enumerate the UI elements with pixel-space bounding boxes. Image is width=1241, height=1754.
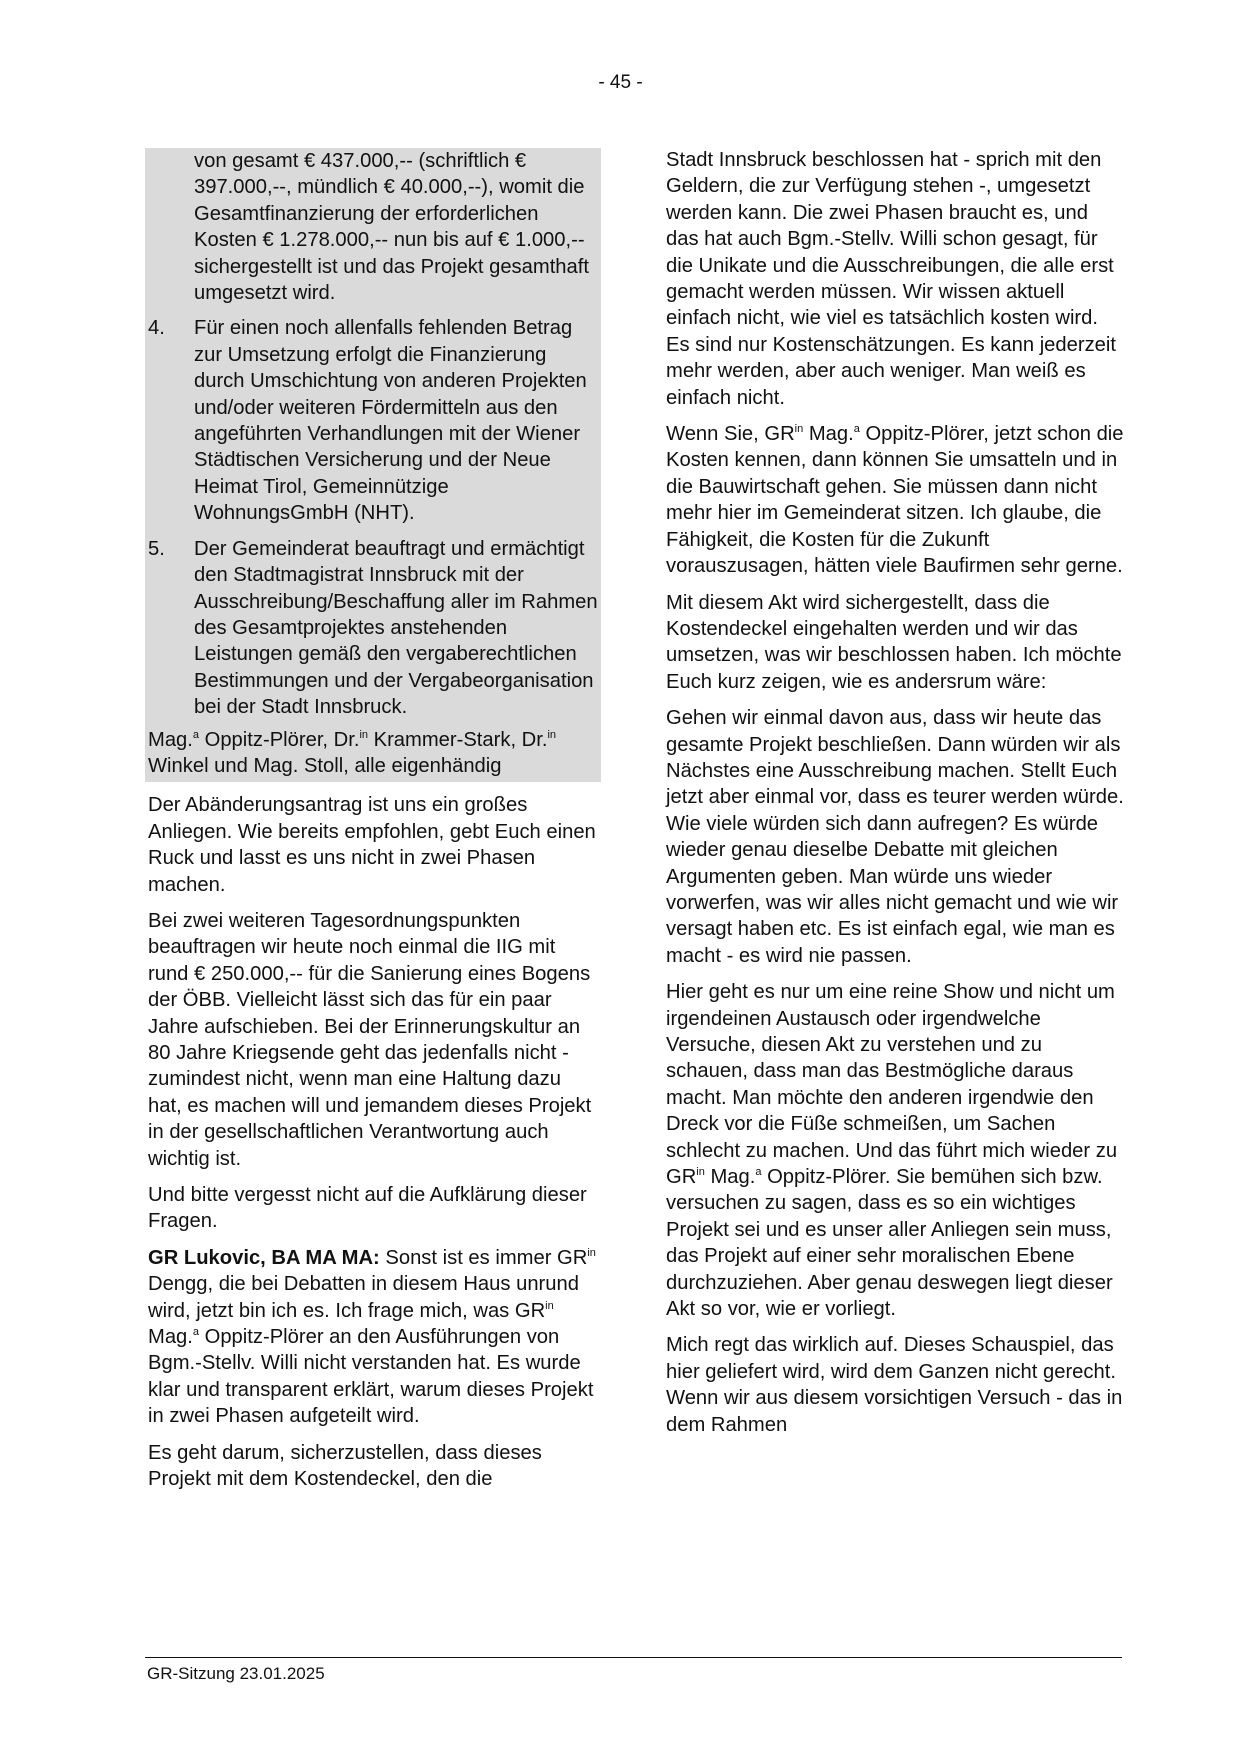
motion-item-4: 4. Für einen noch allenfalls fehlenden B… bbox=[148, 315, 598, 526]
speech-text: Dengg, die bei Debatten in diesem Haus u… bbox=[148, 1273, 579, 1321]
speech-text: Oppitz-Plörer an den Ausführungen von Bg… bbox=[148, 1326, 593, 1427]
speech-paragraph: GR Lukovic, BA MA MA: Sonst ist es immer… bbox=[148, 1245, 598, 1430]
list-number: 5. bbox=[148, 536, 194, 721]
signer-text: Krammer-Stark, Dr. bbox=[368, 729, 547, 751]
superscript: in bbox=[587, 1247, 596, 1259]
speech-text: Sonst ist es immer GR bbox=[380, 1247, 588, 1269]
motion-signers: Mag.a Oppitz-Plörer, Dr.in Krammer-Stark… bbox=[148, 727, 598, 782]
superscript: in bbox=[545, 1300, 554, 1312]
paragraph-text: Hier geht es nur um eine reine Show und … bbox=[666, 981, 1117, 1188]
superscript: in bbox=[696, 1166, 705, 1178]
paragraph: Stadt Innsbruck beschlossen hat - sprich… bbox=[666, 147, 1126, 411]
footer-session-date: GR-Sitzung 23.01.2025 bbox=[147, 1664, 325, 1684]
paragraph: Und bitte vergesst nicht auf die Aufklär… bbox=[148, 1182, 598, 1235]
left-column: von gesamt € 437.000,-- (schriftlich € 3… bbox=[145, 148, 601, 1503]
paragraph: Der Abänderungsantrag ist uns ein großes… bbox=[148, 792, 598, 898]
paragraph-text: Oppitz-Plörer, jetzt schon die Kosten ke… bbox=[666, 423, 1124, 577]
paragraph-text: Oppitz-Plörer. Sie bemühen sich bzw. ver… bbox=[666, 1166, 1113, 1320]
superscript: in bbox=[795, 423, 804, 435]
paragraph: Hier geht es nur um eine reine Show und … bbox=[666, 979, 1126, 1322]
list-text: Für einen noch allenfalls fehlenden Betr… bbox=[194, 315, 598, 526]
paragraph: Mich regt das wirklich auf. Dieses Schau… bbox=[666, 1332, 1126, 1438]
paragraph-text: Mag. bbox=[803, 423, 854, 445]
signer-text: Mag. bbox=[148, 729, 193, 751]
list-number: 4. bbox=[148, 315, 194, 526]
paragraph-text: Mag. bbox=[705, 1166, 756, 1188]
list-text: Der Gemeinderat beauftragt und ermächtig… bbox=[194, 536, 598, 721]
superscript: in bbox=[547, 729, 556, 741]
right-column: Stadt Innsbruck beschlossen hat - sprich… bbox=[666, 147, 1126, 1448]
paragraph: Es geht darum, sicherzustellen, dass die… bbox=[148, 1440, 598, 1493]
signer-text: Winkel und Mag. Stoll, alle eigenhändig bbox=[148, 755, 502, 777]
signer-text: Oppitz-Plörer, Dr. bbox=[199, 729, 359, 751]
motion-item-3-continuation: von gesamt € 437.000,-- (schriftlich € 3… bbox=[148, 148, 598, 306]
page-number: - 45 - bbox=[0, 72, 1241, 94]
motion-item-5: 5. Der Gemeinderat beauftragt und ermäch… bbox=[148, 536, 598, 721]
paragraph: Wenn Sie, GRin Mag.a Oppitz-Plörer, jetz… bbox=[666, 421, 1126, 579]
paragraph: Bei zwei weiteren Tagesordnungspunkten b… bbox=[148, 908, 598, 1172]
paragraph-text: Wenn Sie, GR bbox=[666, 423, 795, 445]
paragraph: Gehen wir einmal davon aus, dass wir heu… bbox=[666, 705, 1126, 969]
superscript: in bbox=[359, 729, 368, 741]
speaker-name: GR Lukovic, BA MA MA: bbox=[148, 1247, 380, 1269]
speech-text: Mag. bbox=[148, 1326, 193, 1348]
motion-box: von gesamt € 437.000,-- (schriftlich € 3… bbox=[145, 148, 601, 782]
footer-divider bbox=[145, 1657, 1122, 1658]
paragraph: Mit diesem Akt wird sichergestellt, dass… bbox=[666, 590, 1126, 696]
